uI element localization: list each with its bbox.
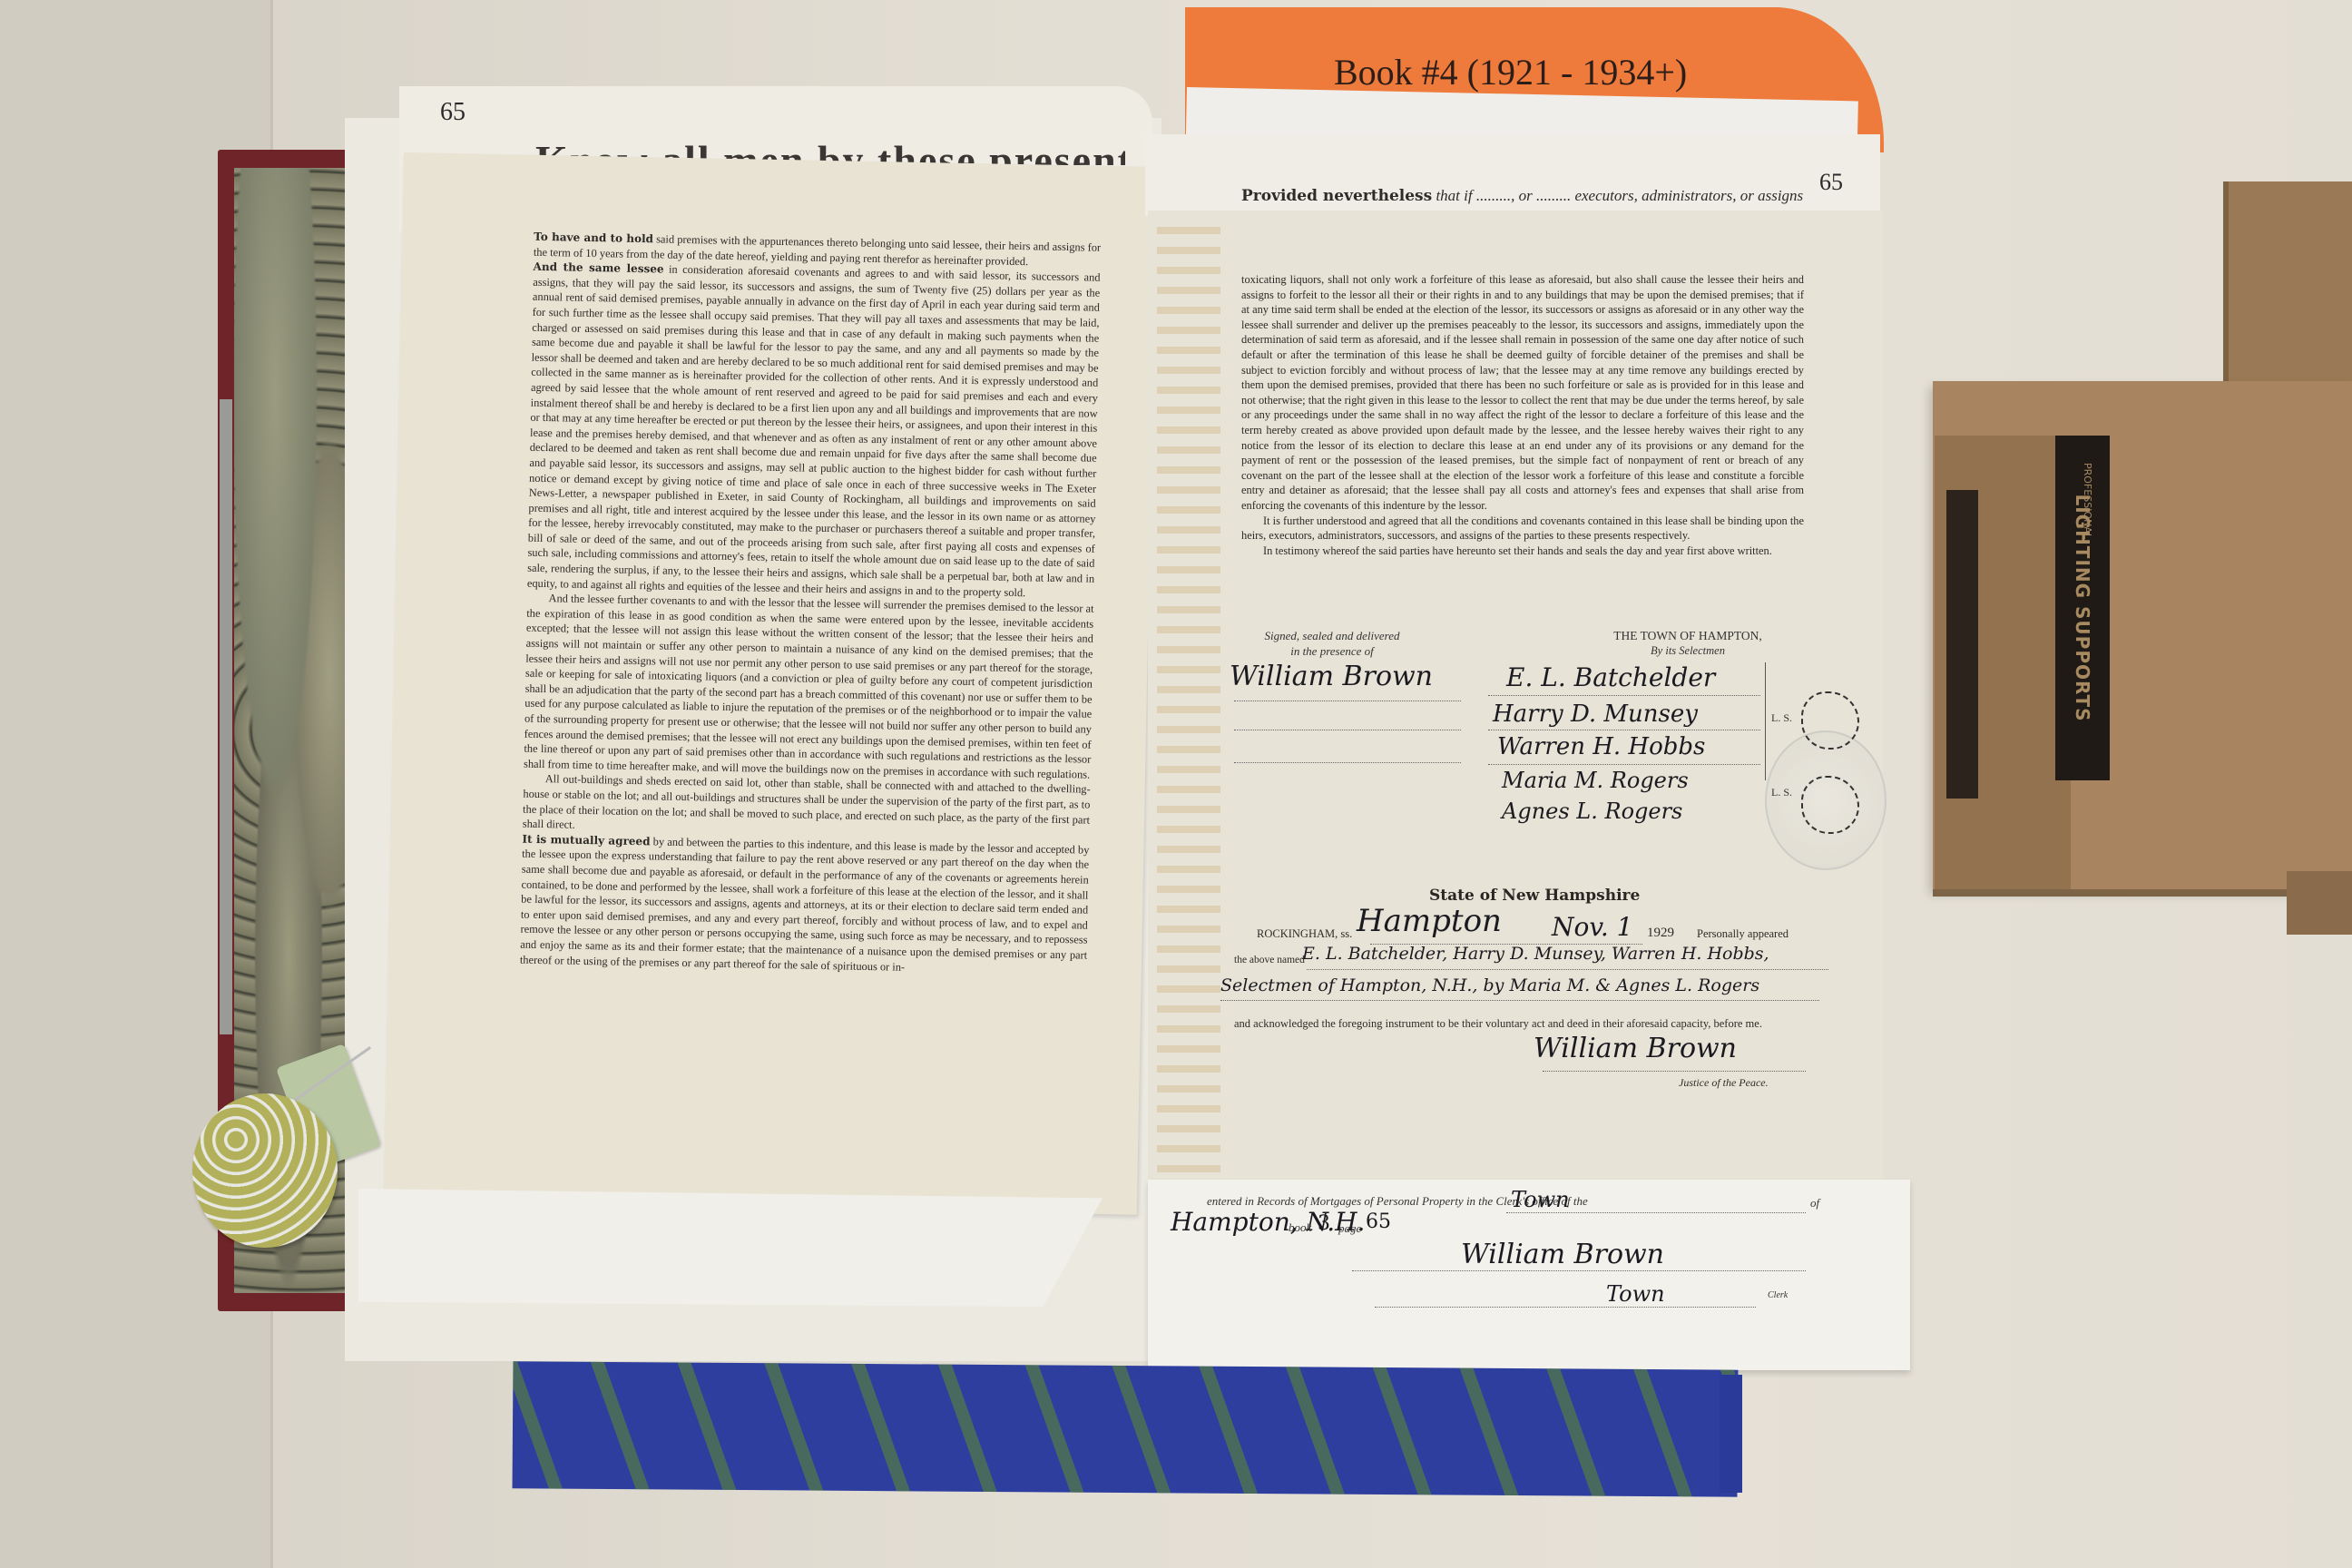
clerk-town-word: Town xyxy=(1606,1281,1665,1307)
paragraph-further-covenants: And the lessee further covenants to and … xyxy=(524,591,1094,782)
spine-tape xyxy=(220,399,232,1034)
clerk-label: Clerk xyxy=(1768,1290,1788,1300)
ack-persons-line xyxy=(1307,969,1828,970)
paragraph-toxicating: toxicating liquors, shall not only work … xyxy=(1241,272,1804,514)
page-number-right: 65 xyxy=(1819,169,1843,196)
box-label-text: LIGHTING SUPPORTS xyxy=(2072,494,2093,721)
sign-line-1 xyxy=(1488,695,1760,696)
record-page-label: page xyxy=(1338,1221,1361,1236)
tape-folded-end xyxy=(1720,1375,1742,1493)
paragraph-same-lessee: And the same lessee in consideration afo… xyxy=(527,260,1101,602)
above-named-label: the above named xyxy=(1234,955,1305,965)
paragraph-out-buildings: All out-buildings and sheds erected on s… xyxy=(523,771,1091,842)
paragraph-mutually-agreed: It is mutually agreed by and between the… xyxy=(520,831,1090,977)
seal-scribble-1 xyxy=(1801,691,1859,750)
page-number-left: 65 xyxy=(440,98,465,127)
right-page-text: toxicating liquors, shall not only work … xyxy=(1241,272,1804,558)
record-book-number: 3 xyxy=(1318,1212,1330,1235)
ack-place: Hampton xyxy=(1357,903,1502,939)
justice-line xyxy=(1543,1071,1806,1072)
blue-painters-tape xyxy=(513,1361,1739,1496)
selectman-signature-1: E. L. Batchelder xyxy=(1506,662,1715,692)
record-town-word: Town xyxy=(1511,1187,1570,1212)
water-stain xyxy=(1157,227,1220,1180)
selectman-signature-5: Agnes L. Rogers xyxy=(1502,799,1682,824)
ack-appeared: Personally appeared xyxy=(1697,927,1788,941)
witness-signature: William Brown xyxy=(1230,661,1433,692)
selectman-signature-4: Maria M. Rogers xyxy=(1502,768,1689,793)
acknowledgment-title: State of New Hampshire xyxy=(1429,887,1640,905)
provided-heading: Provided nevertheless that if .........,… xyxy=(1241,187,1803,205)
cardboard-box-back xyxy=(2223,181,2352,381)
paragraph-further-understood: It is further understood and agreed that… xyxy=(1241,514,1804,544)
left-page-text: To have and to hold said premises with t… xyxy=(520,230,1101,978)
divider-title: Book #4 (1921 - 1934+) xyxy=(1334,51,1687,93)
justice-title: Justice of the Peace. xyxy=(1679,1076,1769,1090)
signature-bracket xyxy=(1765,662,1766,780)
clerk-title-line xyxy=(1375,1307,1756,1308)
record-place: Hampton, N.H. xyxy=(1171,1207,1365,1237)
sign-line-2 xyxy=(1488,730,1760,730)
sign-line-3 xyxy=(1488,764,1760,765)
ack-date: Nov. 1 xyxy=(1552,912,1632,942)
ack-persons: E. L. Batchelder, Harry D. Munsey, Warre… xyxy=(1302,944,1769,964)
box-flap-print xyxy=(1946,490,1978,799)
record-town-line xyxy=(1506,1212,1806,1213)
witness-label: Signed, sealed and delivered in the pres… xyxy=(1259,628,1405,659)
folded-page-flap xyxy=(358,1189,1102,1307)
selectman-signature-2: Harry D. Munsey xyxy=(1493,701,1698,728)
ack-body: and acknowledged the foregoing instrumen… xyxy=(1234,1016,1815,1031)
record-of-word: of xyxy=(1810,1196,1819,1210)
witness-line-3 xyxy=(1234,762,1461,763)
record-book-label: book xyxy=(1289,1220,1311,1235)
seal-label-1: L. S. xyxy=(1771,711,1792,725)
record-page-number: 65 xyxy=(1366,1210,1391,1233)
box-bottom xyxy=(2287,871,2352,935)
box-label: PROFESSIONAL LIGHTING SUPPORTS xyxy=(2055,436,2110,780)
grantor-block: THE TOWN OF HAMPTON, By its Selectmen xyxy=(1588,628,1788,659)
clerk-signature: William Brown xyxy=(1461,1239,1664,1270)
witness-line-2 xyxy=(1234,730,1461,730)
grantor-sub: By its Selectmen xyxy=(1588,643,1788,659)
justice-signature: William Brown xyxy=(1534,1033,1737,1064)
clerk-signature-line xyxy=(1352,1270,1806,1271)
county-label: ROCKINGHAM, ss. xyxy=(1257,927,1352,941)
seal-scribble-2 xyxy=(1801,776,1859,834)
ack-persons-line-2 xyxy=(1220,1000,1819,1001)
witness-line-1 xyxy=(1234,701,1461,701)
selectman-signature-3: Warren H. Hobbs xyxy=(1497,733,1705,760)
left-page[interactable]: To have and to hold said premises with t… xyxy=(384,152,1157,1215)
ack-persons-2: Selectmen of Hampton, N.H., by Maria M. … xyxy=(1220,975,1759,995)
seal-label-2: L. S. xyxy=(1771,786,1792,799)
decorative-magnet[interactable] xyxy=(192,1093,338,1248)
grantor-label: THE TOWN OF HAMPTON, xyxy=(1588,628,1788,643)
ack-year: 1929 xyxy=(1647,926,1674,941)
paragraph-testimony: In testimony whereof the said parties ha… xyxy=(1241,544,1804,559)
